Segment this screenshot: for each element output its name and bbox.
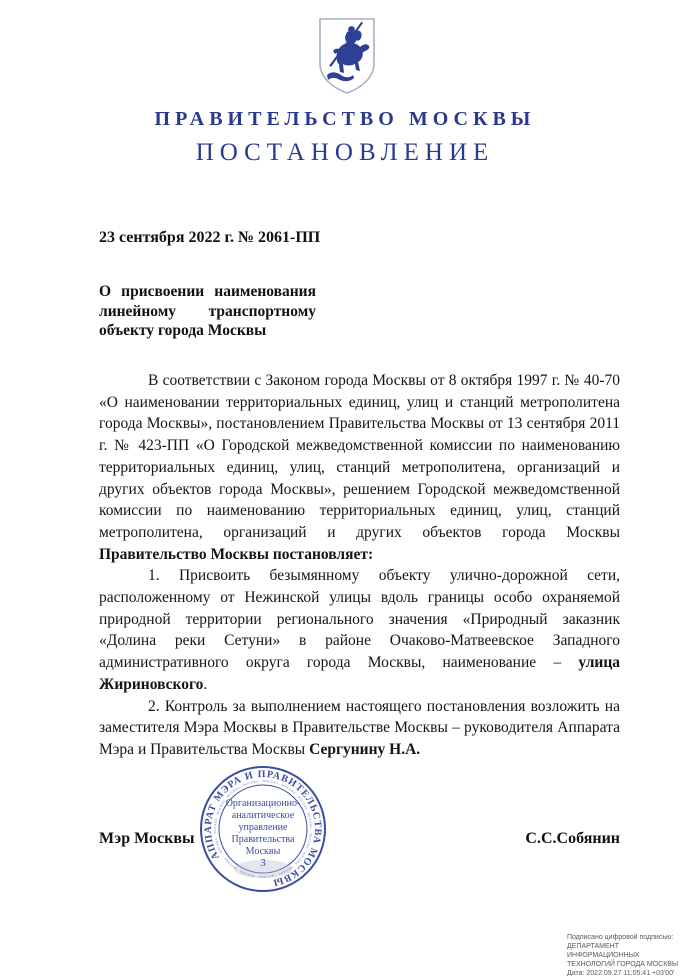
- item-1-text: 1. Присвоить безымянному объекту улично-…: [99, 567, 620, 671]
- official-round-stamp: АППАРАТ МЭРА И ПРАВИТЕЛЬСТВА МОСКВЫ · МО…: [193, 759, 333, 899]
- official-name-bold: Сергунину Н.А.: [309, 741, 420, 758]
- item-1-tail: .: [203, 676, 207, 693]
- paragraph-item-1: 1. Присвоить безымянному объекту улично-…: [99, 565, 620, 695]
- subject-line: О присвоении наименования: [99, 282, 316, 302]
- stamp-center-line: управление: [239, 822, 289, 833]
- preamble-resolution-bold: Правительство Москвы постановляет:: [99, 546, 373, 563]
- decree-document-page: ПРАВИТЕЛЬСТВО МОСКВЫ ПОСТАНОВЛЕНИЕ 23 се…: [0, 0, 690, 976]
- stamp-center-line: Организационно-: [226, 798, 301, 809]
- paragraph-item-2: 2. Контроль за выполнением настоящего по…: [99, 696, 620, 761]
- digital-signature-line: ДЕПАРТАМЕНТ ИНФОРМАЦИОННЫХ: [567, 942, 685, 960]
- subject-line: объекту города Москвы: [99, 321, 316, 341]
- org-name: ПРАВИТЕЛЬСТВО МОСКВЫ: [0, 108, 690, 131]
- doc-type-title: ПОСТАНОВЛЕНИЕ: [0, 139, 690, 167]
- stamp-center-line: Правительства: [232, 834, 295, 845]
- date-number-line: 23 сентября 2022 г. № 2061-ПП: [99, 229, 320, 247]
- digital-signature-line: ТЕХНОЛОГИЙ ГОРОДА МОСКВЫ: [567, 960, 685, 969]
- stamp-number: 3: [260, 857, 266, 869]
- signer-title: Мэр Москвы: [99, 830, 194, 848]
- stamp-center-line: аналитическое: [232, 810, 295, 821]
- moscow-coat-of-arms-icon: [316, 16, 378, 96]
- digital-signature-block: Подписано цифровой подписью: ДЕПАРТАМЕНТ…: [567, 933, 685, 976]
- body-text: В соответствии с Законом города Москвы о…: [99, 370, 620, 761]
- stamp-center-line: Москвы: [246, 846, 281, 857]
- signer-name: С.С.Собянин: [525, 830, 620, 848]
- digital-signature-line: Подписано цифровой подписью:: [567, 933, 685, 942]
- subject-line: линейному транспортному: [99, 302, 316, 322]
- subject-block: О присвоении наименования линейному тран…: [99, 282, 316, 341]
- digital-signature-line: Дата: 2022.09.27 11:05:41 +03'00': [567, 969, 685, 976]
- paragraph-preamble: В соответствии с Законом города Москвы о…: [99, 370, 620, 565]
- preamble-text: В соответствии с Законом города Москвы о…: [99, 372, 620, 541]
